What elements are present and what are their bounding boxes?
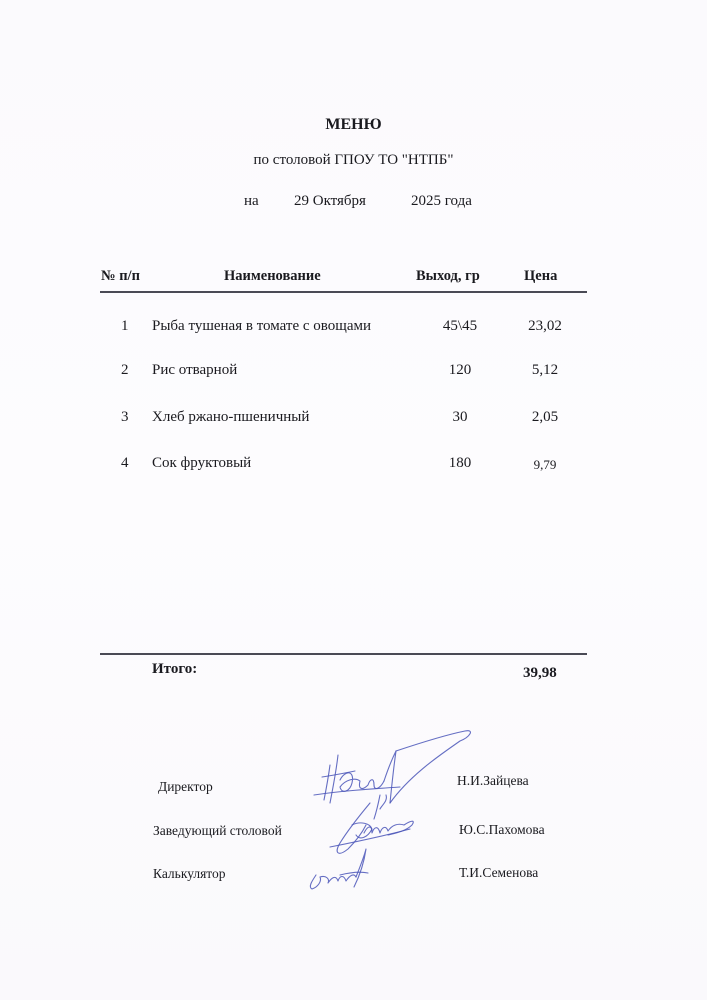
row-price: 23,02 [505,318,585,335]
menu-document: МЕНЮ по столовой ГПОУ ТО "НТПБ" на 29 Ок… [0,0,707,1000]
total-divider [100,653,587,655]
row-name: Рис отварной [152,362,237,379]
row-number: 4 [121,455,129,472]
row-yield: 45\45 [420,318,500,335]
row-number: 2 [121,362,129,379]
handwritten-signature-icon [300,725,480,900]
row-name: Хлеб ржано-пшеничный [152,409,309,426]
total-value: 39,98 [523,665,557,682]
table-row: 4 Сок фруктовый 180 9,79 [0,455,707,475]
row-number: 1 [121,318,129,335]
document-subtitle: по столовой ГПОУ ТО "НТПБ" [0,152,707,169]
table-row: 3 Хлеб ржано-пшеничный 30 2,05 [0,409,707,429]
row-price: 2,05 [505,409,585,426]
table-row: 2 Рис отварной 120 5,12 [0,362,707,382]
date-prefix: на [244,193,259,210]
row-price: 5,12 [505,362,585,379]
row-number: 3 [121,409,129,426]
header-divider [100,291,587,293]
column-header-yield: Выход, гр [416,268,480,285]
signature-role-calculator: Калькулятор [153,866,226,882]
row-yield: 30 [420,409,500,426]
row-name: Сок фруктовый [152,455,251,472]
column-header-name: Наименование [224,268,321,285]
table-row: 1 Рыба тушеная в томате с овощами 45\45 … [0,318,707,338]
row-price: 9,79 [505,457,585,473]
signature-role-director: Директор [158,779,213,795]
signature-role-canteen-head: Заведующий столовой [153,823,282,839]
date-day-month: 29 Октября [294,193,366,210]
date-year: 2025 года [411,193,472,210]
row-yield: 120 [420,362,500,379]
row-yield: 180 [420,455,500,472]
row-name: Рыба тушеная в томате с овощами [152,318,371,335]
document-title: МЕНЮ [0,116,707,134]
column-header-number: № п/п [101,268,140,285]
column-header-price: Цена [524,268,557,285]
total-label: Итого: [152,661,197,678]
